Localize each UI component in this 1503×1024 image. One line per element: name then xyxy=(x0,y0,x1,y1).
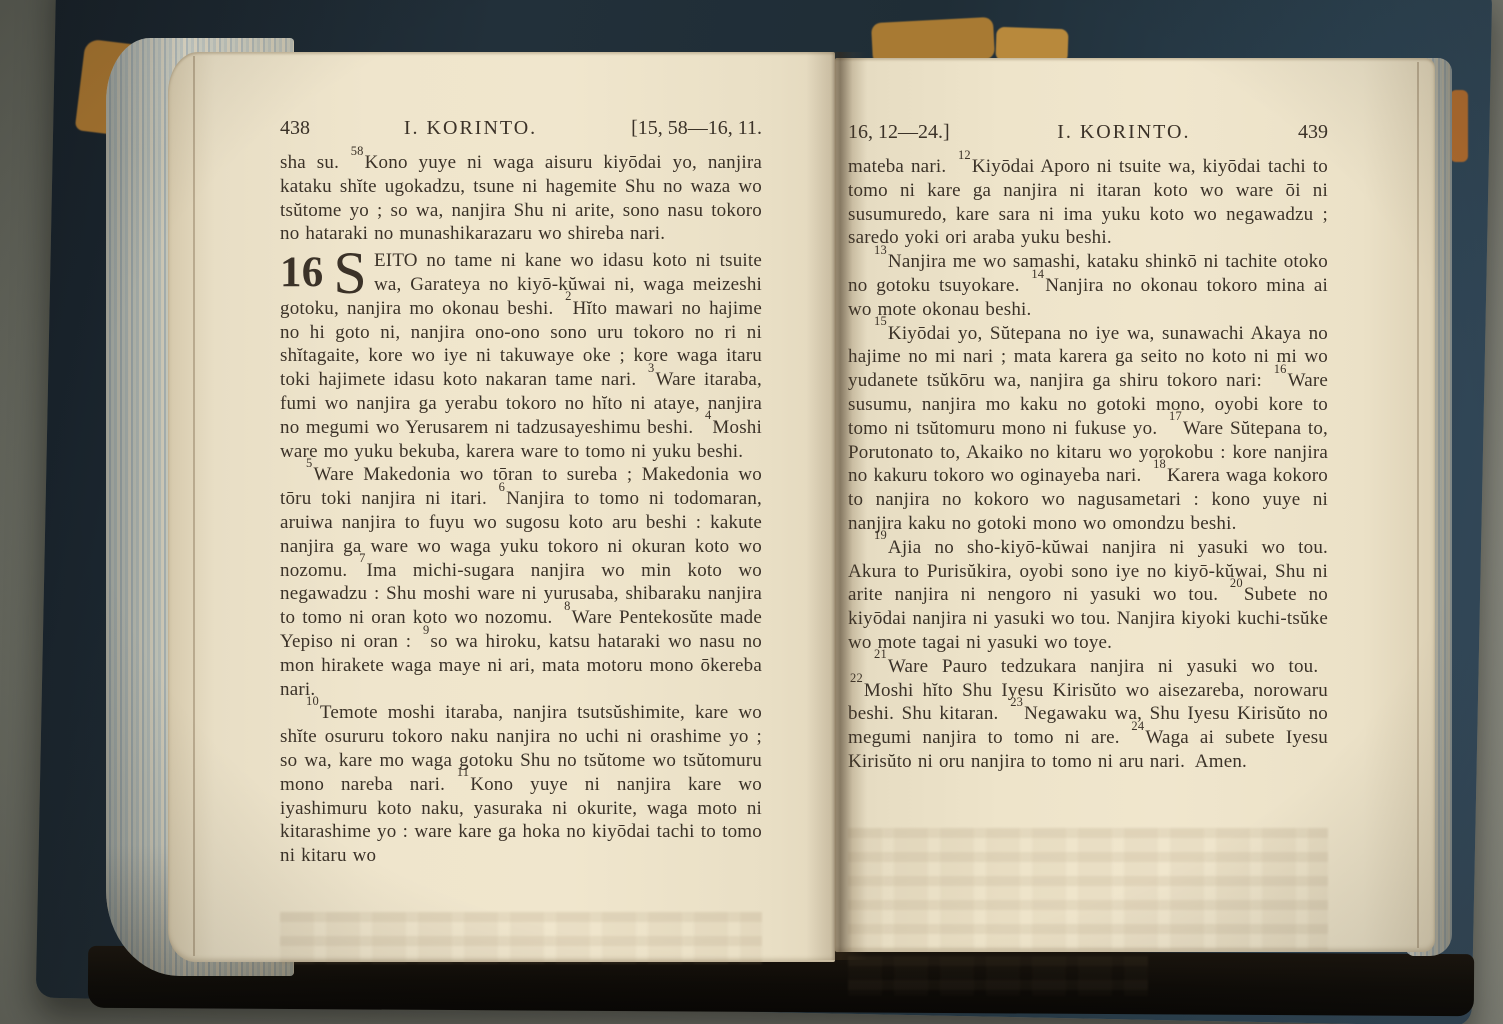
page-number: 438 xyxy=(280,116,310,140)
page-number: 439 xyxy=(1298,120,1328,144)
right-page: 16, 12—24.] I. KORINTO. 439 mateba nari.… xyxy=(835,58,1435,952)
paragraph: 10Temote moshi itaraba, nanjira tsutsŭsh… xyxy=(280,701,762,868)
verse-number: 5 xyxy=(306,456,312,470)
verse-range: [15, 58—16, 11. xyxy=(631,116,762,140)
verse-number: 2 xyxy=(565,289,571,303)
showthrough-text xyxy=(280,912,762,964)
book-photograph: 438 I. KORINTO. [15, 58—16, 11. sha su. … xyxy=(0,0,1503,1024)
verse-number: 20 xyxy=(1230,576,1243,590)
verse-number: 6 xyxy=(499,480,505,494)
verse-number: 11 xyxy=(457,765,469,779)
verse-number: 15 xyxy=(874,314,887,328)
paragraph: mateba nari. 12Kiyōdai Aporo ni tsuite w… xyxy=(848,155,1328,250)
verse-number: 13 xyxy=(874,243,887,257)
right-page-text-column: 16, 12—24.] I. KORINTO. 439 mateba nari.… xyxy=(848,120,1328,774)
chapter-number: 16 xyxy=(280,250,323,296)
verse-number: 3 xyxy=(648,361,654,375)
page-edge-line xyxy=(193,56,195,956)
page-body-text: mateba nari. 12Kiyōdai Aporo ni tsuite w… xyxy=(848,155,1328,774)
running-title: I. KORINTO. xyxy=(404,116,537,140)
verse-number: 4 xyxy=(705,408,711,422)
verse-number: 14 xyxy=(1031,267,1044,281)
paragraph: sha su. 58Kono yuye ni waga aisuru kiyōd… xyxy=(280,151,762,246)
verse-number: 22 xyxy=(850,671,863,685)
verse-number: 21 xyxy=(874,647,887,661)
paragraph: 5Ware Makedonia wo tōran to sureba ; Mak… xyxy=(280,463,762,701)
running-header: 438 I. KORINTO. [15, 58—16, 11. xyxy=(280,116,762,140)
showthrough-text xyxy=(848,828,1328,950)
verse-number: 16 xyxy=(1274,362,1287,376)
verse-number: 9 xyxy=(423,623,429,637)
left-page-text-column: 438 I. KORINTO. [15, 58—16, 11. sha su. … xyxy=(280,116,762,868)
verse-number: 24 xyxy=(1131,719,1144,733)
verse-range: 16, 12—24.] xyxy=(848,120,950,144)
running-title: I. KORINTO. xyxy=(1057,120,1190,144)
verse-number: 19 xyxy=(874,528,887,542)
verse-number: 18 xyxy=(1153,457,1166,471)
cover-edge-leather xyxy=(1450,90,1468,162)
verse-number: 23 xyxy=(1010,695,1023,709)
paragraph: 16SEITO no tame ni kane wo idasu koto ni… xyxy=(280,249,762,463)
verse-number: 7 xyxy=(359,551,365,565)
paragraph: 13Nanjira me wo samashi, kataku shinkō n… xyxy=(848,250,1328,321)
paragraph: 21Ware Pauro tedzukara nanjira ni yasuki… xyxy=(848,655,1328,774)
verse-number: 10 xyxy=(306,694,319,708)
left-page: 438 I. KORINTO. [15, 58—16, 11. sha su. … xyxy=(168,52,835,962)
running-header: 16, 12—24.] I. KORINTO. 439 xyxy=(848,120,1328,144)
paragraph: 15Kiyōdai yo, Sŭtepana no iye wa, sunawa… xyxy=(848,322,1328,536)
verse-number: 8 xyxy=(564,599,570,613)
page-body-text: sha su. 58Kono yuye ni waga aisuru kiyōd… xyxy=(280,151,762,868)
drop-cap: S xyxy=(333,250,367,296)
page-edge-line xyxy=(1417,62,1419,948)
paragraph: 19Ajia no sho-kiyō-kŭwai nanjira ni yasu… xyxy=(848,536,1328,655)
verse-number: 58 xyxy=(351,144,364,158)
verse-number: 17 xyxy=(1169,409,1182,423)
verse-number: 12 xyxy=(958,148,971,162)
